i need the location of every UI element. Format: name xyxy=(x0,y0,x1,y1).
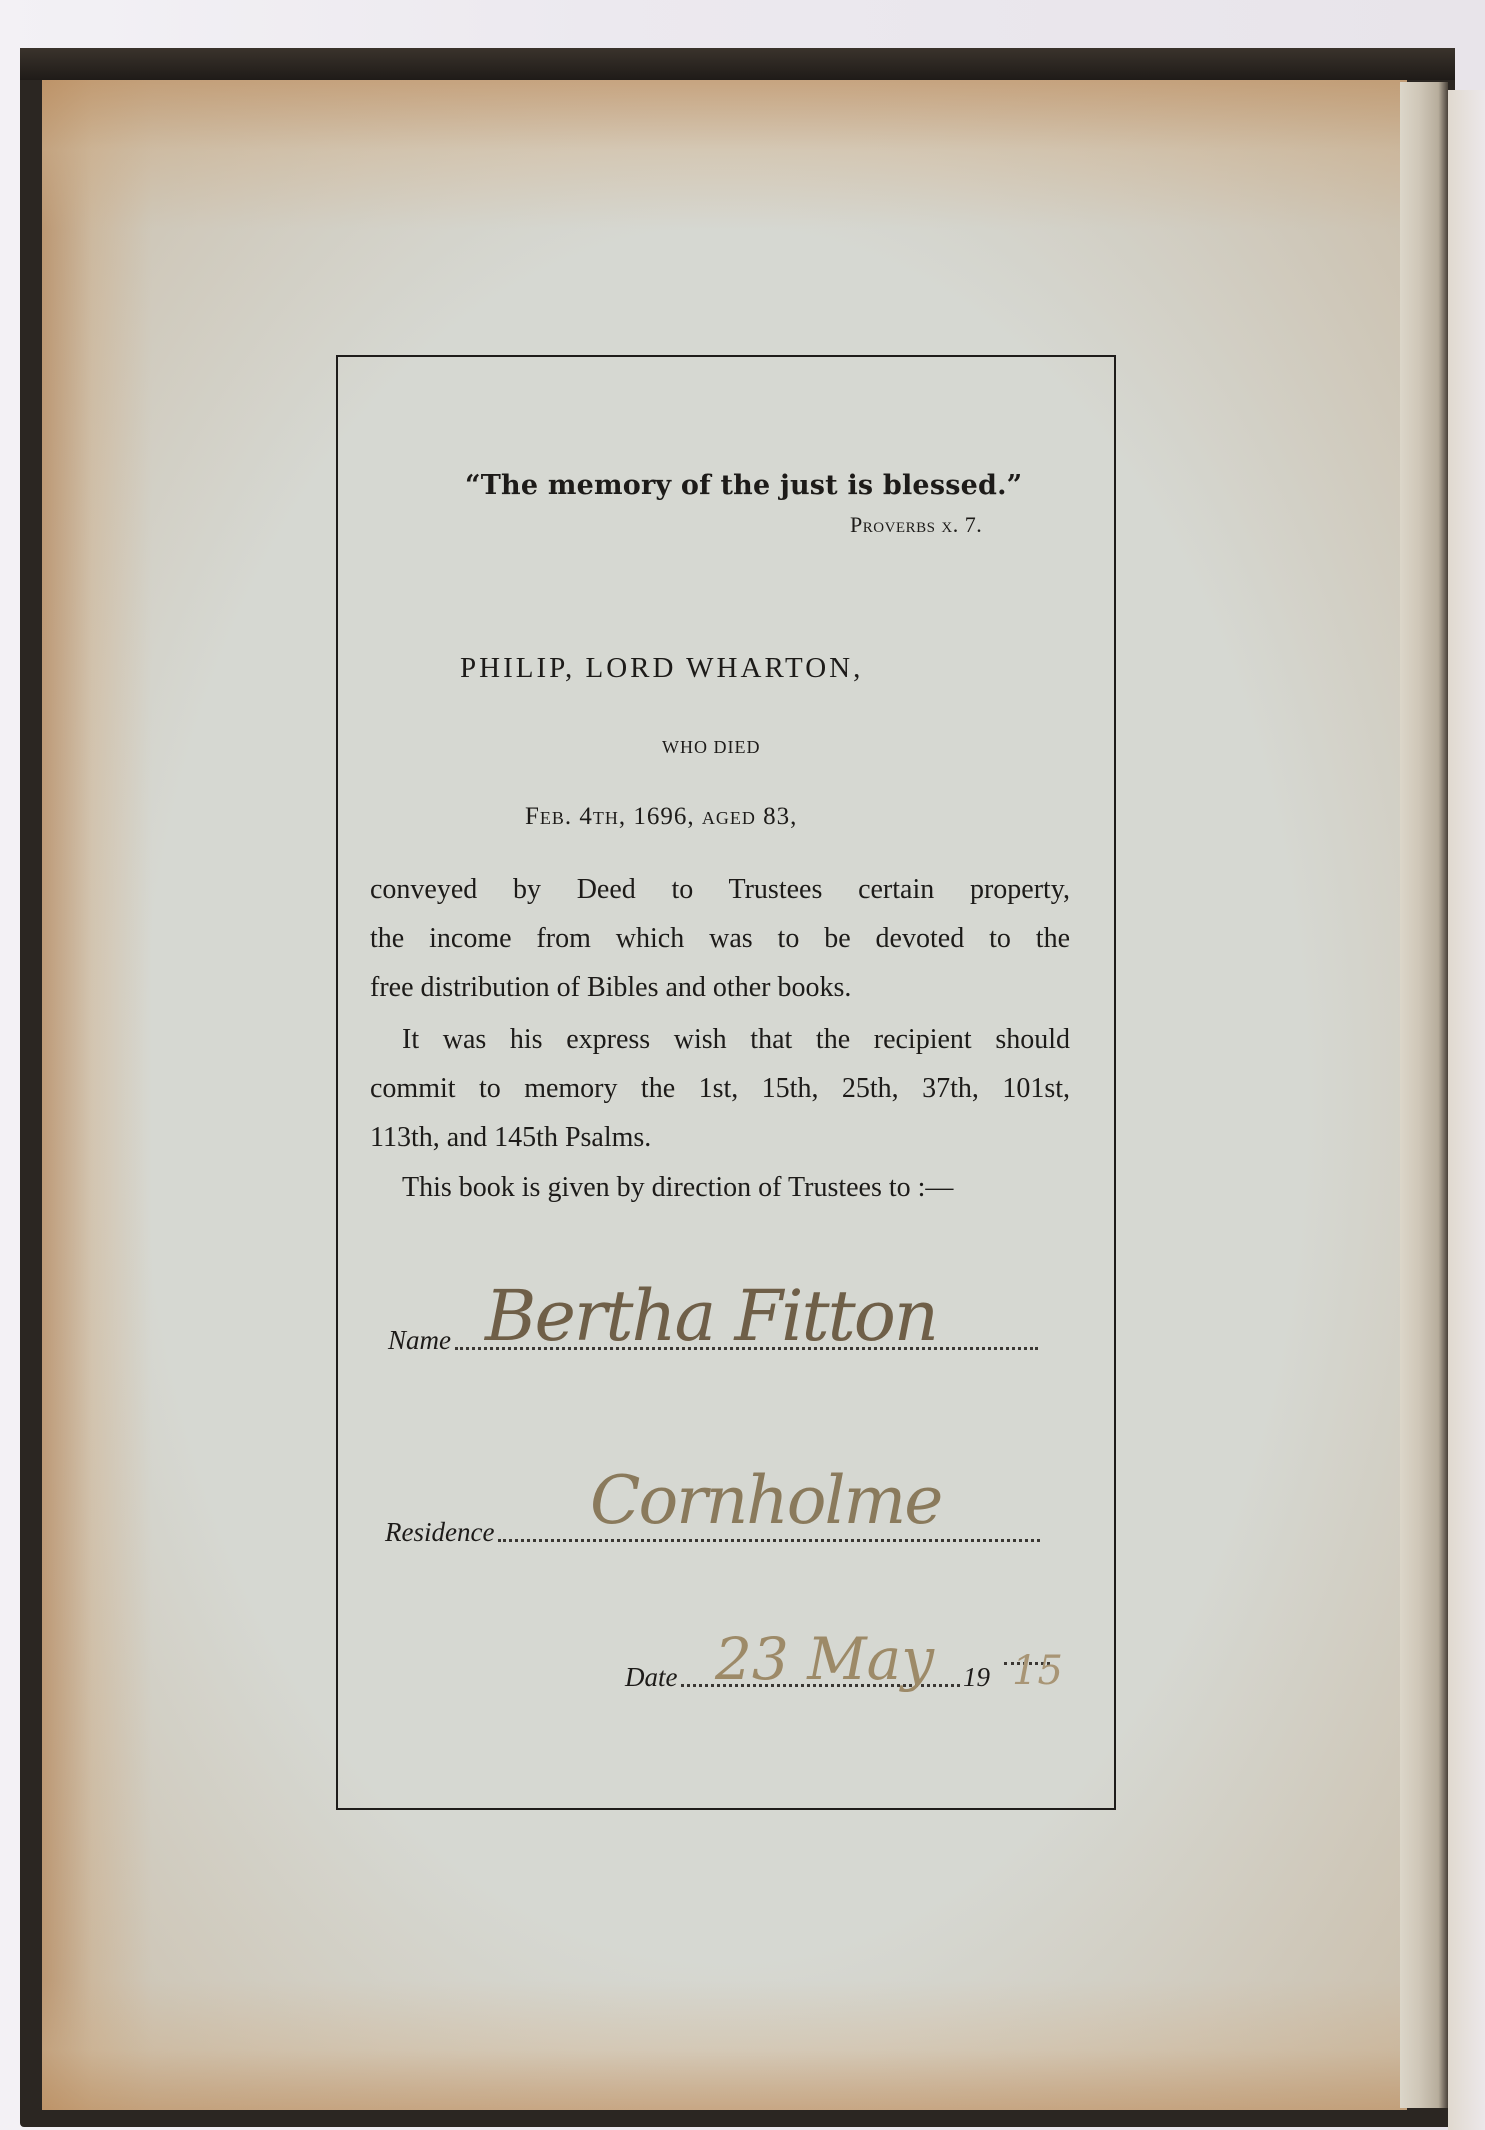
date-label: Date xyxy=(625,1662,677,1693)
epigraph-quote: “The memory of the just is blessed.” xyxy=(465,470,1022,501)
handwritten-year: 15 xyxy=(1012,1648,1063,1694)
deed-paragraph: conveyed by Deed to Trustees certain pro… xyxy=(370,865,1070,1012)
page-fold xyxy=(1400,82,1448,2108)
wish-paragraph: It was his express wish that the recipie… xyxy=(370,1015,1070,1162)
handwritten-date: 23 May xyxy=(715,1625,934,1693)
death-date: Feb. 4th, 1696, aged 83, xyxy=(525,803,797,831)
page-right-edge xyxy=(1448,90,1485,2130)
given-paragraph: This book is given by direction of Trust… xyxy=(370,1163,1070,1212)
handwritten-name: Bertha Fitton xyxy=(485,1275,937,1357)
body-line: commit to memory the 1st, 15th, 25th, 37… xyxy=(370,1064,1070,1113)
benefactor-name: PHILIP, LORD WHARTON, xyxy=(460,652,863,685)
body-line: conveyed by Deed to Trustees certain pro… xyxy=(370,865,1070,914)
residence-dotted-line xyxy=(498,1539,1040,1542)
body-line: This book is given by direction of Trust… xyxy=(370,1163,1070,1212)
residence-label: Residence xyxy=(385,1517,494,1548)
body-line: free distribution of Bibles and other bo… xyxy=(370,963,1070,1012)
body-line: 113th, and 145th Psalms. xyxy=(370,1113,1070,1162)
who-died-label: WHO DIED xyxy=(662,737,760,758)
handwritten-residence: Cornholme xyxy=(590,1462,941,1539)
body-line: It was his express wish that the recipie… xyxy=(370,1015,1070,1064)
book-cover-top-edge xyxy=(20,48,1455,80)
epigraph-reference: Proverbs x. 7. xyxy=(850,512,982,538)
body-line: the income from which was to be devoted … xyxy=(370,914,1070,963)
name-label: Name xyxy=(388,1325,451,1356)
printed-year-prefix: 19 xyxy=(963,1662,990,1693)
